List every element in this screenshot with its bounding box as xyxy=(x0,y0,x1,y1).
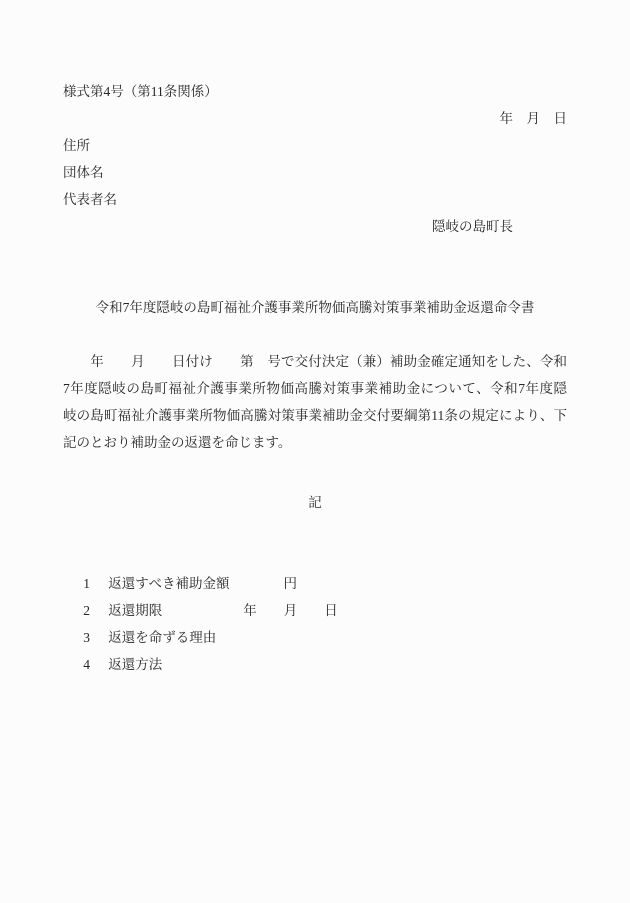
addressee: 隠岐の島町長 xyxy=(63,213,567,240)
item-text: 返還を命ずる理由 xyxy=(108,630,216,645)
sender-address-label: 住所 xyxy=(63,132,567,159)
body-line: 7年度隠岐の島町福祉介護事業所物価高騰対策事業補助金について、令和7年度隠 xyxy=(63,375,567,402)
list-item: 1返還すべき補助金額 円 xyxy=(63,543,567,570)
body-line: 岐の島町福祉介護事業所物価高騰対策事業補助金交付要綱第11条の規定により、下 xyxy=(63,402,567,429)
body-paragraph: 年 月 日付け 第 号で交付決定（兼）補助金確定通知をした、令和 7年度隠岐の島… xyxy=(63,348,567,456)
body-line: 記のとおり補助金の返還を命じます。 xyxy=(63,429,567,456)
body-line: 年 月 日付け 第 号で交付決定（兼）補助金確定通知をした、令和 xyxy=(63,348,567,375)
form-number: 様式第4号（第11条関係） xyxy=(63,78,567,105)
sender-organization-label: 団体名 xyxy=(63,159,567,186)
item-text: 返還すべき補助金額 円 xyxy=(108,576,297,591)
item-number: 4 xyxy=(83,651,108,678)
items-list: 1返還すべき補助金額 円 2返還期限 年 月 日 3返還を命ずる理由 4返還方法 xyxy=(63,543,567,651)
item-number: 3 xyxy=(83,624,108,651)
ki-label: 記 xyxy=(63,489,567,516)
item-number: 1 xyxy=(83,570,108,597)
sender-representative-label: 代表者名 xyxy=(63,186,567,213)
item-text: 返還方法 xyxy=(108,657,162,672)
item-number: 2 xyxy=(83,597,108,624)
date-line: 年 月 日 xyxy=(63,105,567,132)
document-page: 様式第4号（第11条関係） 年 月 日 住所 団体名 代表者名 隠岐の島町長 令… xyxy=(0,0,630,903)
document-title: 令和7年度隠岐の島町福祉介護事業所物価高騰対策事業補助金返還命令書 xyxy=(63,294,567,321)
item-text: 返還期限 年 月 日 xyxy=(108,603,338,618)
